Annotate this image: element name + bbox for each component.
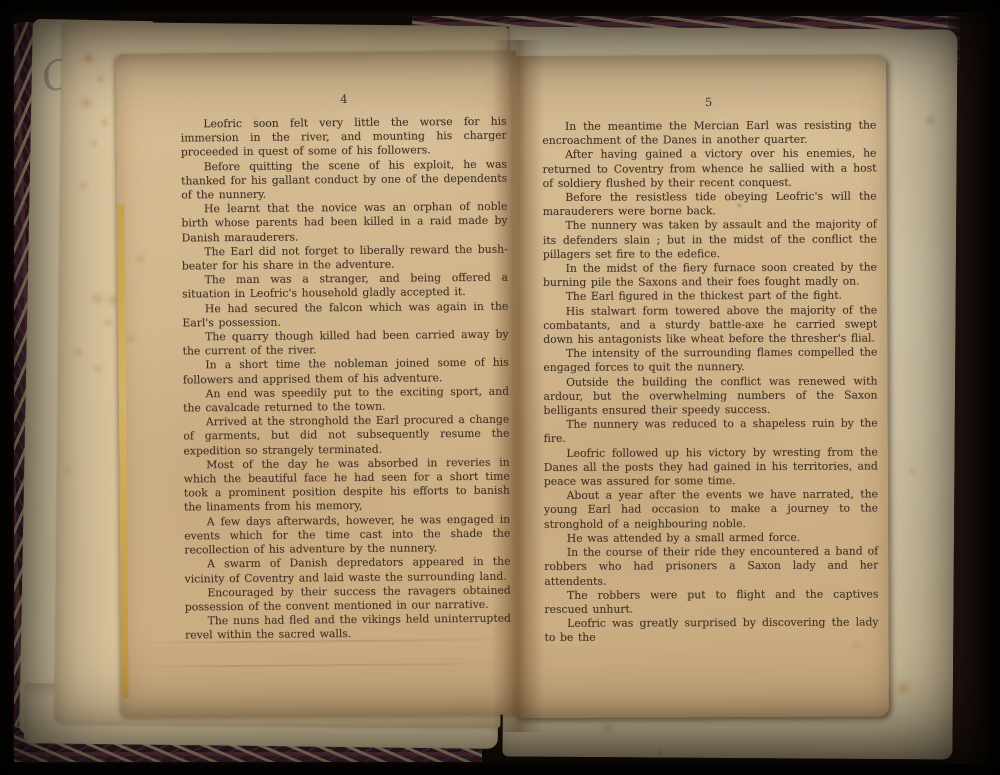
paragraph: In the course of their ride they encount… — [544, 545, 878, 589]
paragraph: After having gained a victory over his e… — [542, 147, 876, 191]
paragraph: Encouraged by their success the ravagers… — [185, 583, 511, 614]
paragraph: The nunnery was taken by assault and the… — [543, 218, 877, 262]
paragraph: A few days afterwards, however, he was e… — [184, 512, 510, 557]
foxing-spots-left-page — [0, 0, 1, 1]
paragraph: He had secured the falcon which was agai… — [182, 299, 508, 330]
paragraph: The Earl did not forget to liberally rew… — [182, 242, 508, 273]
paragraph: Leofric soon felt very little the worse … — [181, 115, 507, 160]
paragraph: In the meantime the Mercian Earl was res… — [542, 118, 876, 148]
paragraph: In the midst of the fiery furnace soon c… — [543, 260, 877, 290]
paragraph: The nuns had fled and the vikings held u… — [185, 612, 511, 643]
paragraph: A swarm of Danish depredators appeared i… — [184, 555, 510, 586]
paragraph: He was attended by a small armed force. — [544, 530, 878, 546]
right-page: 5 In the meantime the Mercian Earl was r… — [512, 54, 889, 718]
foxing-spots-flyleaf — [0, 0, 1, 1]
paragraph: An end was speedily put to the exciting … — [183, 384, 509, 415]
paragraph: Leofric followed up his victory by wrest… — [544, 445, 878, 489]
paragraph: The nunnery was reduced to a shapeless r… — [544, 417, 878, 447]
paragraph: Outside the building the conflict was re… — [543, 374, 877, 418]
paragraph: In a short time the nobleman joined some… — [183, 356, 509, 387]
page-number-left: 4 — [180, 91, 508, 108]
page-number-right: 5 — [542, 94, 876, 109]
paragraph: The Earl figured in the thickest part of… — [543, 289, 877, 305]
paragraph: Leofric was greatly surprised by discove… — [544, 616, 878, 646]
paragraph: Arrived at the stronghold the Earl procu… — [183, 413, 509, 458]
paragraph: The quarry though killed had been carrie… — [182, 328, 508, 359]
paragraph: He learnt that the novice was an orphan … — [181, 200, 507, 245]
paragraph: Before the resistless tide obeying Leofr… — [543, 189, 877, 219]
paragraph: His stalwart form towered above the majo… — [543, 303, 877, 347]
page-text-right: In the meantime the Mercian Earl was res… — [542, 118, 878, 645]
paragraph: The robbers were put to flight and the c… — [544, 587, 878, 617]
paragraph: Most of the day he was absorbed in rever… — [184, 455, 510, 515]
paragraph: The intensity of the surrounding flames … — [543, 346, 877, 376]
page-text-left: Leofric soon felt very little the worse … — [181, 115, 512, 643]
paragraph: Before quitting the scene of his exploit… — [181, 157, 507, 202]
book-photo: C 4 Leofric soon felt very little the wo… — [0, 0, 1000, 775]
foxing-spots-right-side — [0, 0, 1, 1]
left-page: 4 Leofric soon felt very little the wors… — [116, 51, 522, 718]
page-crease — [131, 663, 511, 668]
paragraph: The man was a stranger, and being offere… — [182, 271, 508, 302]
paragraph: About a year after the events we have na… — [544, 488, 878, 532]
